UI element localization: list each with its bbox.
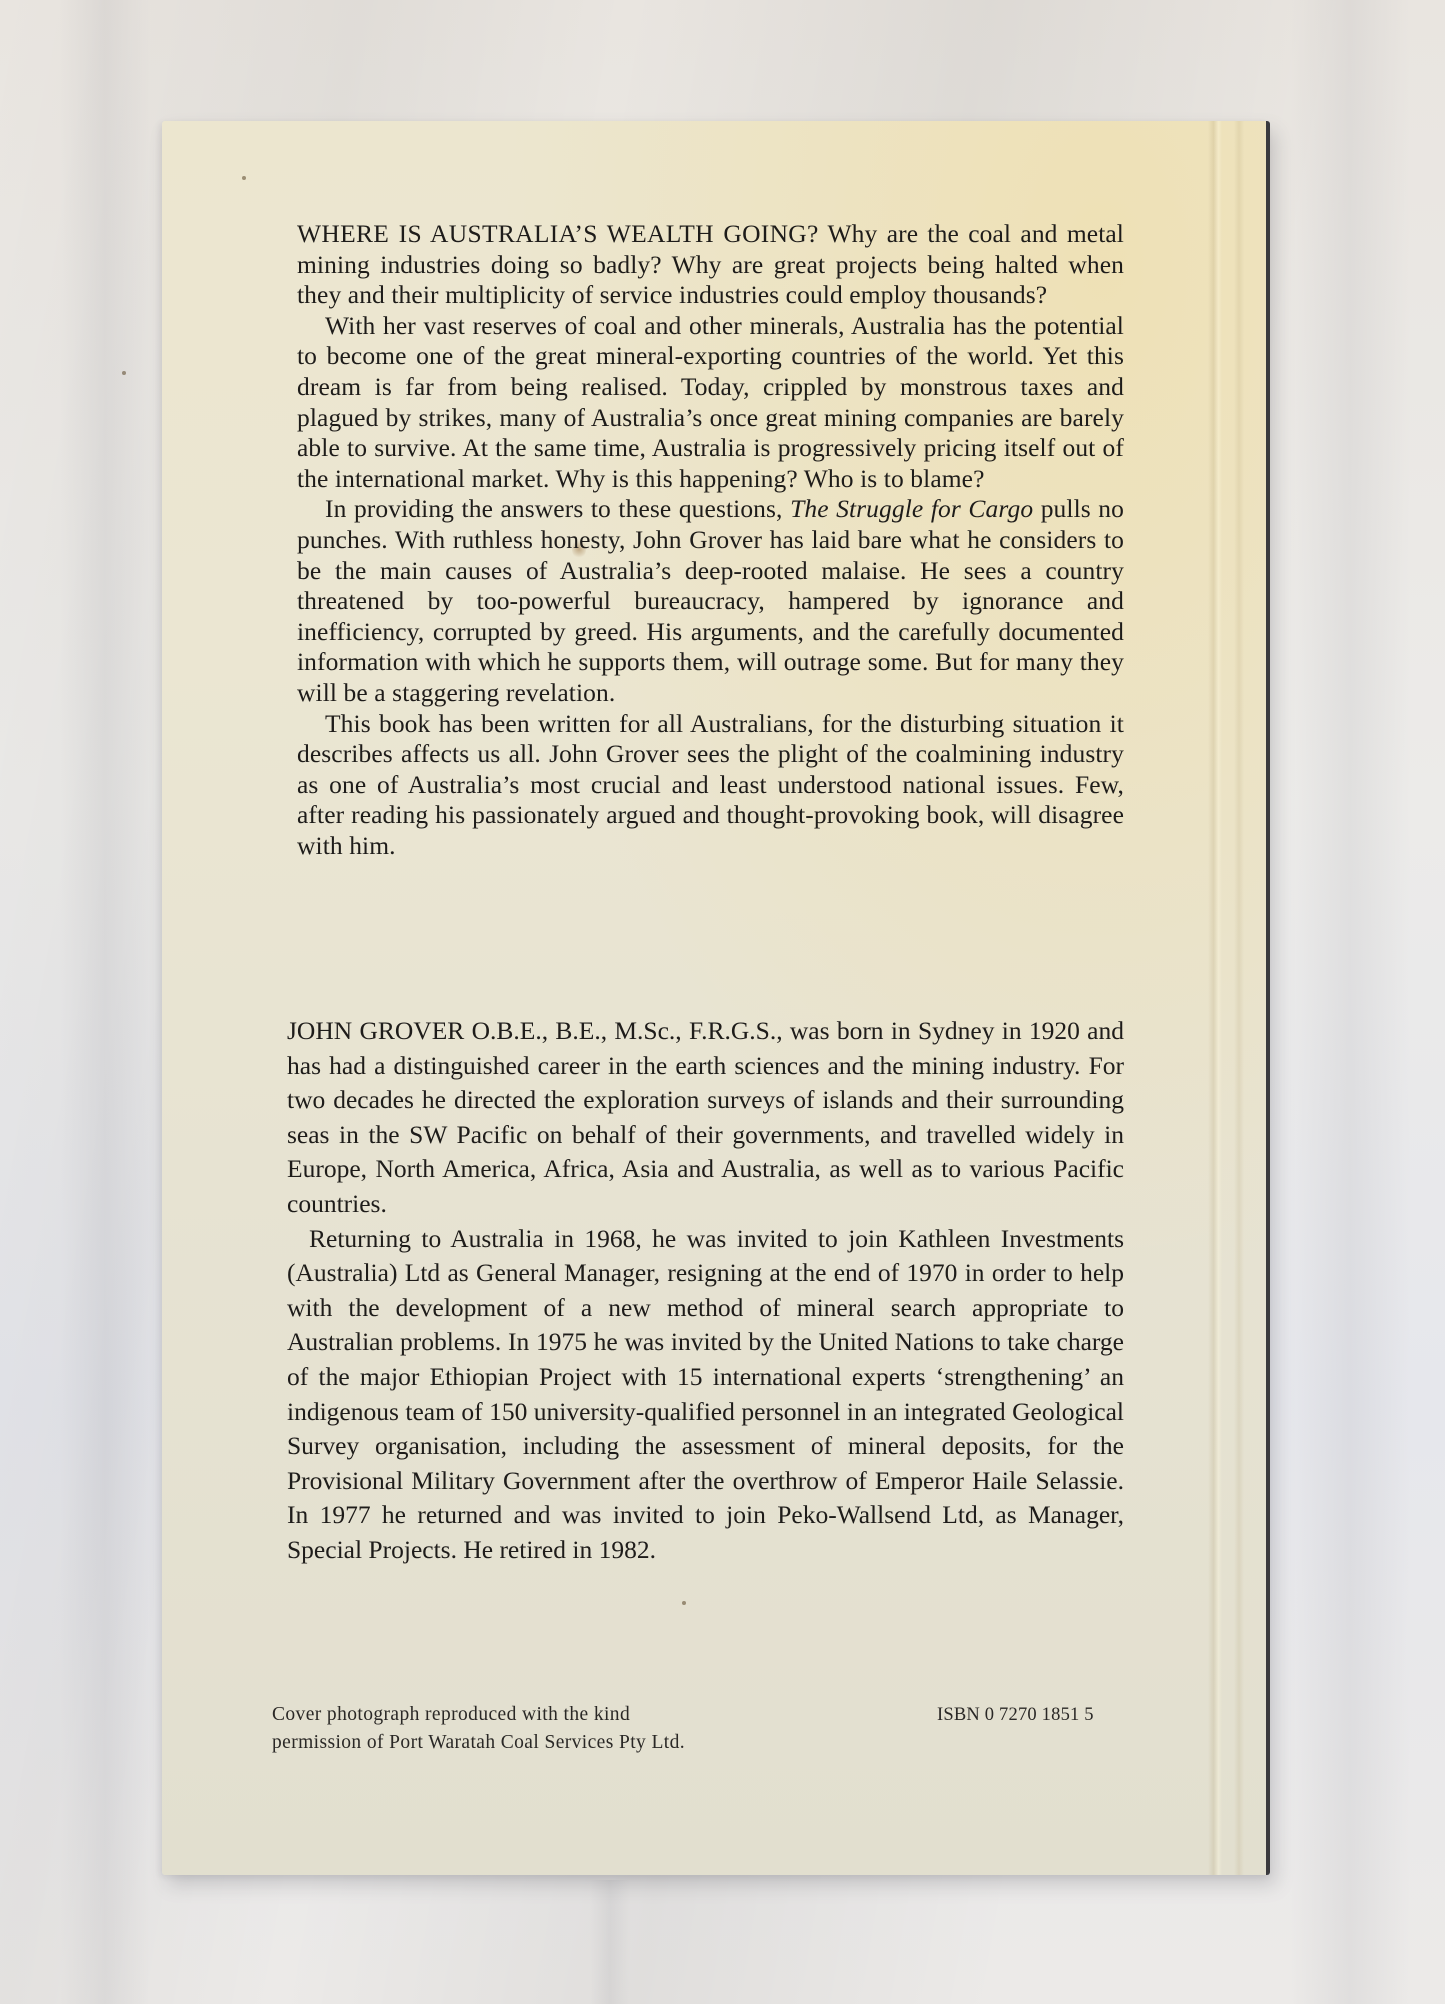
credit-line: permission of Port Waratah Coal Services… xyxy=(272,1729,832,1757)
blurb-lead: WHERE IS AUSTRALIA’S WEALTH GOING? xyxy=(297,219,819,248)
book-title: The Struggle for Cargo xyxy=(790,494,1033,523)
author-bio: JOHN GROVER O.B.E., B.E., M.Sc., F.R.G.S… xyxy=(287,1014,1124,1568)
blurb-paragraph: With her vast reserves of coal and other… xyxy=(297,311,1124,495)
fabric-fold xyxy=(1290,0,1410,2004)
book-back-cover: WHERE IS AUSTRALIA’S WEALTH GOING? Why a… xyxy=(162,121,1270,1875)
book-spine-edge xyxy=(1266,121,1270,1875)
blurb-text: In providing the answers to these questi… xyxy=(325,494,790,523)
blurb-paragraph: This book has been written for all Austr… xyxy=(297,709,1124,862)
blurb: WHERE IS AUSTRALIA’S WEALTH GOING? Why a… xyxy=(297,219,1124,861)
spine-crease xyxy=(1208,121,1222,1875)
isbn: ISBN 0 7270 1851 5 xyxy=(937,1701,1094,1729)
fabric-fold xyxy=(590,1880,630,2004)
cover-photo-credit: Cover photograph reproduced with the kin… xyxy=(272,1701,832,1757)
bio-paragraph: JOHN GROVER O.B.E., B.E., M.Sc., F.R.G.S… xyxy=(287,1014,1124,1222)
spine-crease xyxy=(1234,121,1244,1875)
blurb-paragraph: In providing the answers to these questi… xyxy=(297,494,1124,708)
paper-speck xyxy=(122,371,126,375)
paper-speck xyxy=(682,1601,686,1605)
fabric-fold xyxy=(60,0,150,2004)
credit-line: Cover photograph reproduced with the kin… xyxy=(272,1701,832,1729)
blurb-paragraph: WHERE IS AUSTRALIA’S WEALTH GOING? Why a… xyxy=(297,219,1124,311)
bio-paragraph: Returning to Australia in 1968, he was i… xyxy=(287,1222,1124,1568)
paper-speck xyxy=(242,176,246,180)
blurb-text: pulls no punches. With ruthless honesty,… xyxy=(297,494,1124,707)
